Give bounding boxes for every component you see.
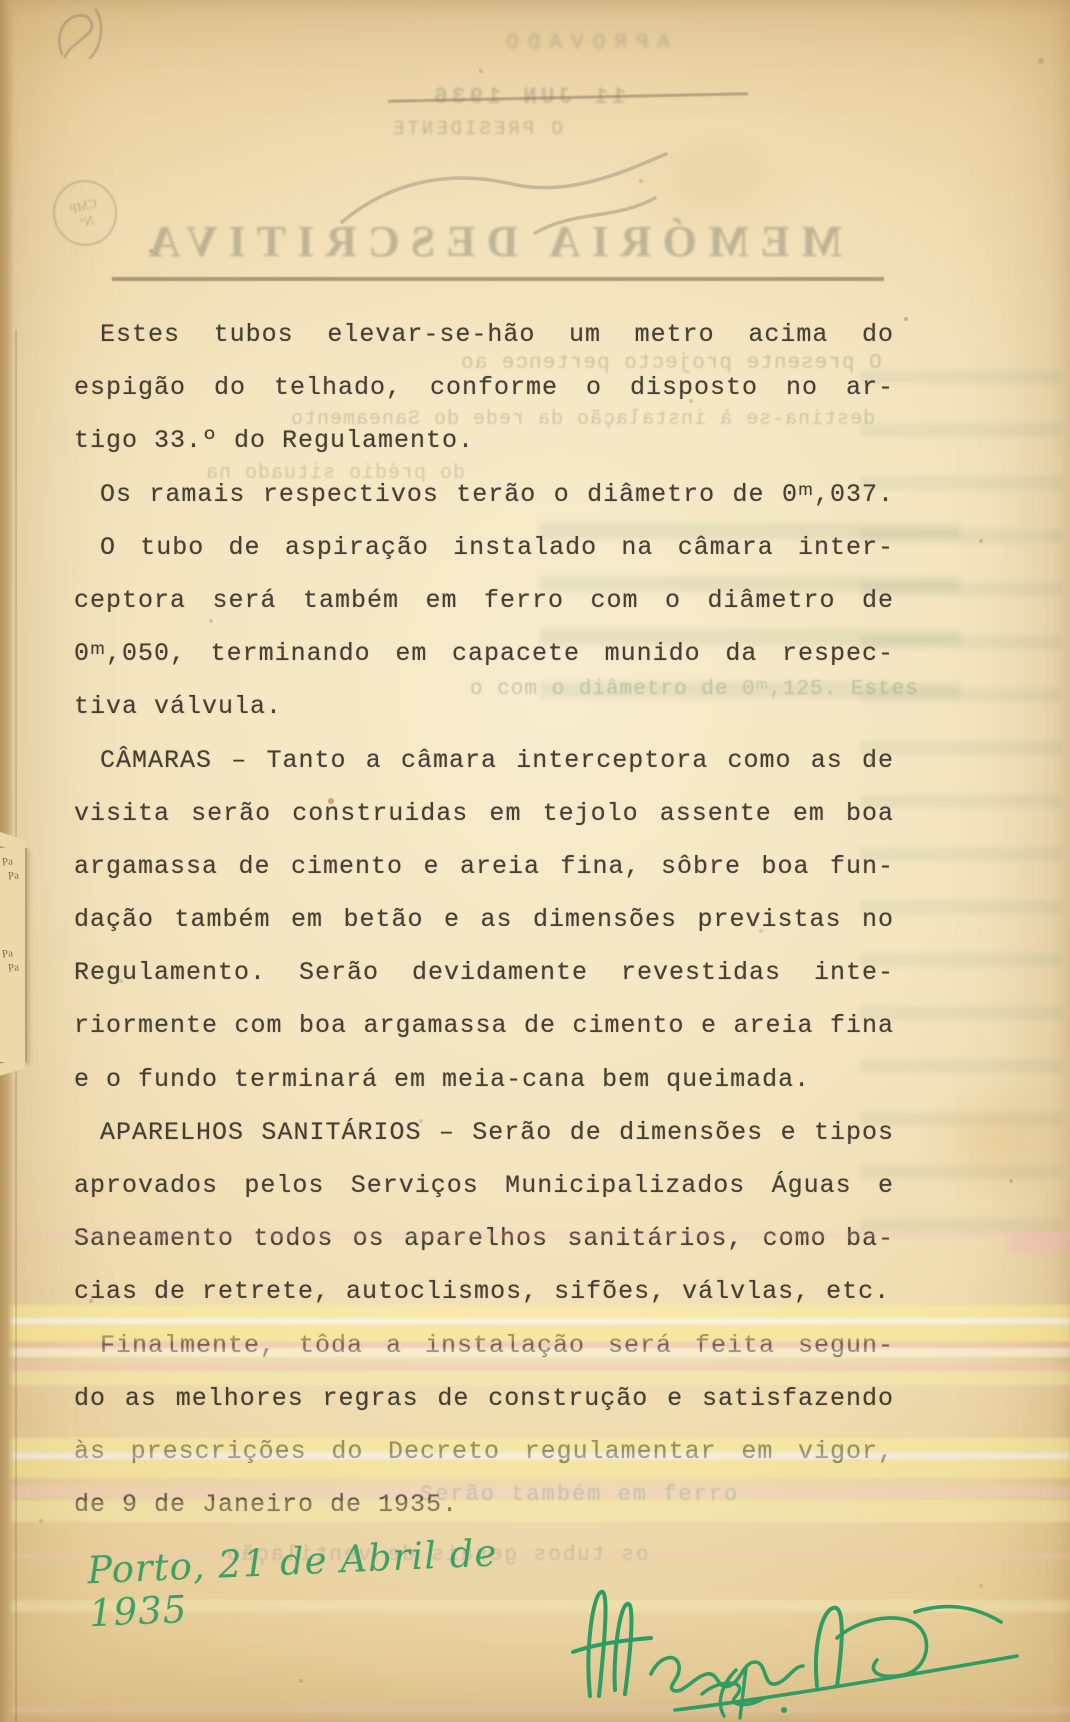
torn-page-flap: Pa Pa Pa Pa <box>0 848 27 1062</box>
typed-line: dação também em betão e as dimensões pre… <box>74 893 894 946</box>
typed-text-block: Estes tubos elevar-se-hão um metro acima… <box>74 308 894 1531</box>
flap-fragment: Pa <box>1 947 13 960</box>
typed-line: Regulamento. Serão devidamente revestida… <box>74 946 894 999</box>
president-stamp-ghost: O PRESIDENTE <box>390 118 563 140</box>
flap-fragment: Pa <box>7 869 19 882</box>
flap-fragment: Pa <box>7 961 19 974</box>
typed-line: tigo 33.º do Regulamento. <box>74 414 894 467</box>
title-underline <box>112 277 884 281</box>
typed-line: ceptora será também em ferro com o diâme… <box>74 574 894 627</box>
paper-speckles <box>0 0 2 2</box>
scanned-document-page: APROVADO 11 JUN 1936 O PRESIDENTE CMP Nº… <box>0 0 1070 1722</box>
typed-line: de 9 de Janeiro de 1935. <box>74 1478 894 1531</box>
approval-stamp-ghost: APROVADO <box>360 32 670 55</box>
typed-line: Finalmente, tôda a instalação será feita… <box>74 1319 894 1372</box>
typed-line: aprovados pelos Serviços Municipalizados… <box>74 1159 894 1212</box>
signature-flourish <box>672 1668 822 1722</box>
typed-line: tiva válvula. <box>74 680 894 733</box>
typed-line: 0ᵐ,050, terminando em capacete munido da… <box>74 627 894 680</box>
flap-fragment: Pa <box>1 855 13 868</box>
typed-line: Estes tubos elevar-se-hão um metro acima… <box>74 308 894 361</box>
typed-line: O tubo de aspiração instalado na câmara … <box>74 521 894 574</box>
typed-line: argamassa de cimento e areia fina, sôbre… <box>74 840 894 893</box>
typed-line: Os ramais respectivos terão o diâmetro d… <box>74 468 894 521</box>
scan-smudge-pink <box>1008 1232 1070 1254</box>
pencil-mark <box>38 2 122 64</box>
typed-line: APARELHOS SANITÁRIOS – Serão de dimensõe… <box>74 1106 894 1159</box>
typed-line: às prescrições do Decreto regulamentar e… <box>74 1425 894 1478</box>
typed-line: visita serão construidas em tejolo assen… <box>74 787 894 840</box>
typed-line: do as melhores regras de construção e sa… <box>74 1372 894 1425</box>
handwritten-date: Porto, 21 de Abril de 1935 <box>86 1527 609 1636</box>
typed-line: espigão do telhado, conforme o disposto … <box>74 361 894 414</box>
title-ghost: MEMÓRIA DESCRITIVA <box>96 216 884 267</box>
typed-line: CÂMARAS – Tanto a câmara interceptora co… <box>74 734 894 787</box>
typed-line: riormente com boa argamassa de cimento e… <box>74 999 894 1052</box>
typed-line: cias de retrete, autoclismos, sifões, vá… <box>74 1265 894 1318</box>
typed-line: e o fundo terminará em meia-cana bem que… <box>74 1053 894 1106</box>
typed-line: Saneamento todos os aparelhos sanitários… <box>74 1212 894 1265</box>
